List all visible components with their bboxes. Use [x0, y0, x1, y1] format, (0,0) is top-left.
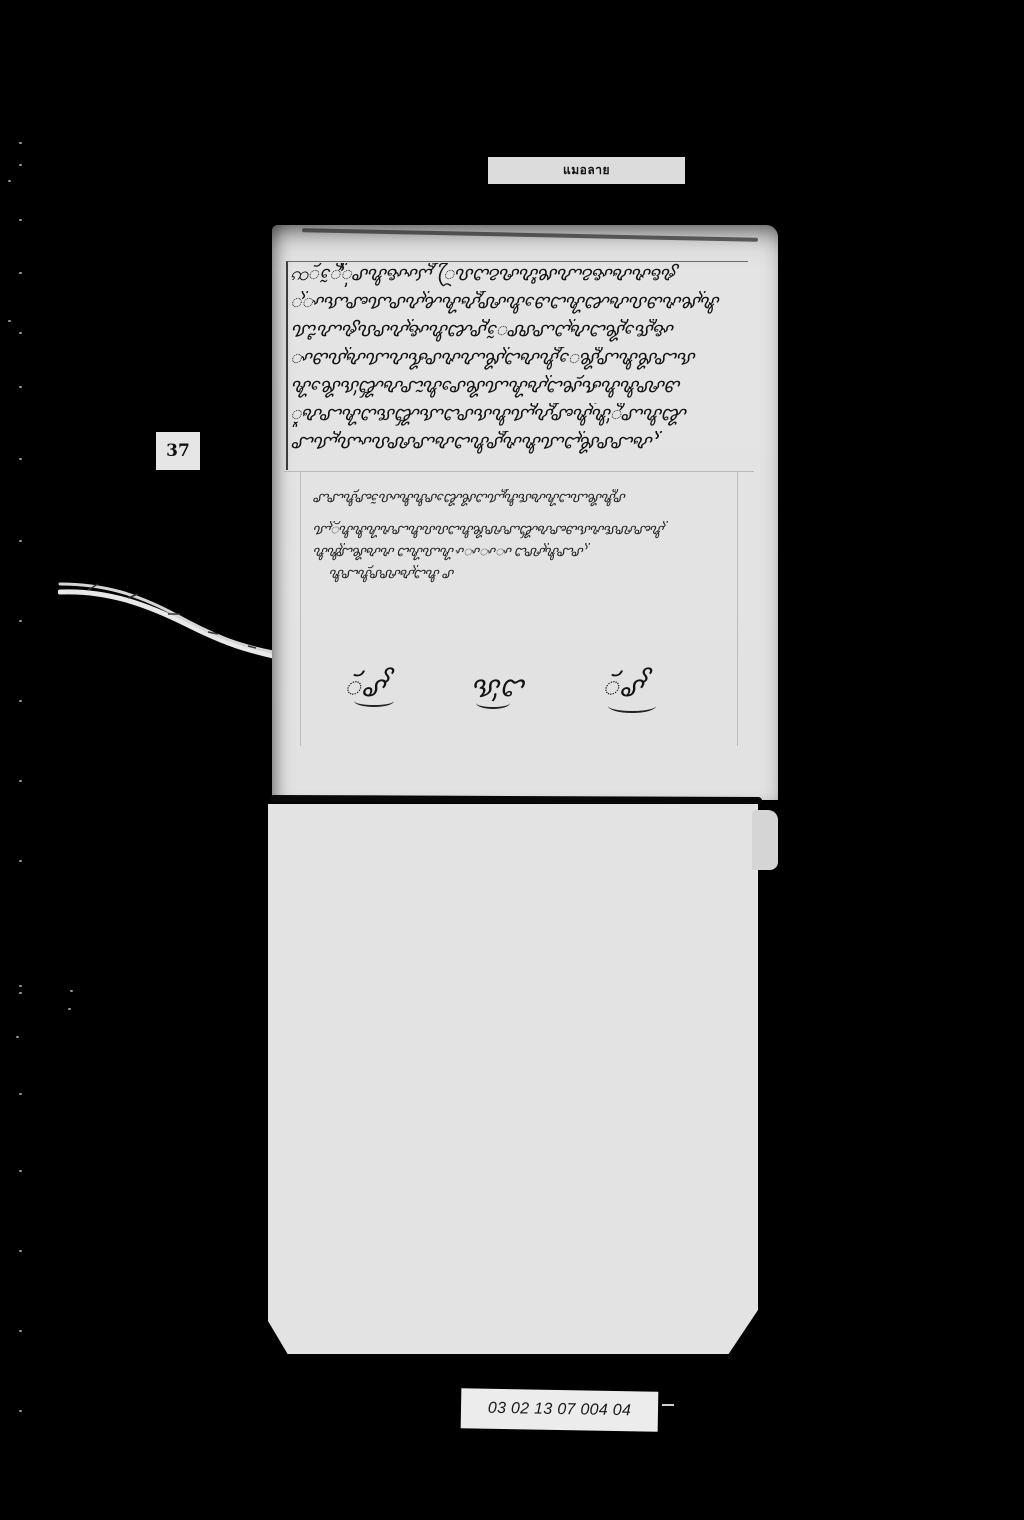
film-edge-dot [19, 985, 22, 987]
note-line: ꨡꨧꨥꨮꨣꨜꨦꨩꨤꨥ ꨣ [328, 565, 528, 585]
page-number-text: 37 [166, 441, 190, 461]
manuscript-line: ꨶꨦꨧꨠꨈꨛꨒꨎꨤꨣꨕꨥꨢꨪꨖꨬꨨꨡꨱꨡꨲꨫꨚꨥꨑ [290, 403, 752, 427]
catalog-tag-label: แมอลาย [488, 157, 685, 184]
film-edge-dot [19, 992, 22, 994]
film-edge-dot [19, 1330, 22, 1332]
note-line: ꨚꨧꨥꨮꨨꨝꨳꨰꨡꨥꨣꨑꨯꨙꨈꨢꨬꨥꨛꨦꨠꨤꨞꨘꨡꨫꨣ [312, 489, 732, 509]
manuscript-line: ꩡꨮꨰꨪꨩꨲꨣꨥꨀꨳꨆꨬꨴꨝꨈꨂꨔꨖꨶꨗꨉꨂꨀꨦꨟꨅꨃ [290, 263, 752, 287]
signature-flourish [476, 697, 510, 709]
film-edge-dot [16, 1036, 19, 1038]
film-edge-dot [68, 1008, 71, 1010]
film-edge-dot [19, 164, 22, 166]
film-edge-dot [19, 780, 22, 782]
torn-edge [752, 810, 778, 870]
manuscript-upper-leaf: ꩡꨮꨰꨪꨩꨲꨣꨥꨀꨳꨆꨬꨴꨝꨈꨂꨔꨖꨶꨗꨉꨂꨀꨦꨟꨅꨃ ꨩꨳꨎꨨꨢꨣꨖꨩꨌꨠꨦꨬ… [272, 225, 778, 800]
catalog-tag-text: แมอลาย [563, 161, 610, 180]
reference-tick-mark [662, 1404, 674, 1406]
film-edge-dot [70, 990, 73, 992]
ruled-margin-right [737, 471, 738, 746]
film-edge-dot [19, 272, 22, 274]
signature-flourish [608, 699, 656, 713]
ruled-line [284, 471, 754, 472]
film-edge-dot [19, 700, 22, 702]
film-edge-dot [19, 860, 22, 862]
page-number-sticker: 37 [156, 432, 200, 470]
page-fold-line [270, 795, 762, 804]
note-line: ꨥꨡꨩꨧꨘꨦꨟ ꨤꨠꨞꨠ ꨳꨳꨳꨳ ꨤꨜꨩꨡꨧꨣ ꨩ [312, 543, 702, 563]
film-edge-dot [19, 1170, 22, 1172]
manuscript-line: ꨠꨘꨯꨕꨲꨒꨦꨧꨭꨥꨣꨯꨘꨢꨠꨦꨩꨤꨗꨮꨊꨥꨡꨜꨓ [290, 375, 752, 399]
film-edge-dot [19, 386, 22, 388]
ruled-margin-left [300, 471, 301, 746]
film-edge-dot [19, 458, 22, 460]
note-line: ꨢꨩꨮꨥꨡꨠꨟꨧꨥꨝꨝꨤꨥꨘꨜꨚꨒꨦꨨꨓꨕꨟꨛꨜꨨꨥꨩ [312, 521, 732, 541]
signature-flourish [354, 695, 394, 707]
film-edge-dot [8, 180, 11, 182]
film-edge-dot [19, 1250, 22, 1252]
manuscript-line: ꨳꨓꨝꨩꨦꨢꨖꨋꨣꨟꨉꨙꨩꨤꨦꨥꨬꨯꨘꨫꨚꨡꨙꨧꨕ [290, 347, 752, 371]
film-edge-dot [8, 320, 11, 322]
manuscript-lower-leaf [268, 804, 758, 1354]
manuscript-line: ꨩꨳꨎꨨꨢꨣꨖꨩꨌꨠꨦꨬꨜꨥꨓꨯꨤꨠꨐꨦꨝꨓꨟꨗꨩꨡ [290, 291, 752, 315]
archive-reference-number: 03 02 13 07 004 04 [488, 1400, 632, 1420]
manuscript-line: ꨢꨵꨉꨃꨝꨣꨖꨩꨀꨥꨐꨣꨪꨰꨏꨚꨈꨩꨦꨤꨘꨪꨛꨯꨫꨀ [290, 319, 752, 343]
film-edge-dot [19, 540, 22, 542]
film-edge-dot [19, 620, 22, 622]
film-edge-dot [19, 142, 22, 144]
film-edge-dot [19, 219, 22, 221]
film-edge-dot [19, 1410, 22, 1412]
archive-reference-label: 03 02 13 07 004 04 [461, 1388, 659, 1431]
binding-cord-icon [58, 580, 278, 660]
film-edge-dot [19, 332, 22, 334]
manuscript-line: ꨧꨢꨪꨞꨳꨝꨜꨚꨦꨤꨥꨣꨬꨟꨡꨢꨤꨩꨙꨣꨧꨦ ꨩꨩꨩ [290, 431, 752, 455]
film-edge-dot [19, 1093, 22, 1095]
